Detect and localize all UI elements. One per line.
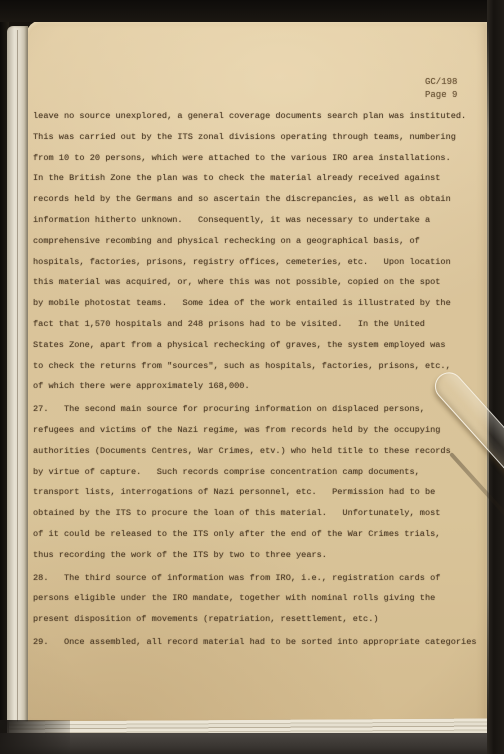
scanned-document-photo: GC/198Page 9 leave no source unexplored,…	[0, 0, 504, 754]
photo-background-bottom	[0, 733, 504, 754]
text-line: records held by the Germans and so ascer…	[33, 189, 485, 210]
text-line: This was carried out by the ITS zonal di…	[33, 127, 485, 148]
text-line: of which there were approximately 168,00…	[33, 376, 485, 397]
text-line: In the British Zone the plan was to chec…	[33, 168, 485, 189]
text-line: refugees and victims of the Nazi regime,…	[33, 420, 485, 441]
text-line: of it could be released to the ITS only …	[33, 524, 485, 545]
paragraph: 29. Once assembled, all record material …	[33, 632, 485, 653]
paragraph: 28. The third source of information was …	[33, 568, 485, 630]
paragraph: leave no source unexplored, a general co…	[33, 106, 485, 397]
text-line: to check the returns from "sources", suc…	[33, 356, 485, 377]
photo-background-right	[487, 0, 504, 754]
text-line: transport lists, interrogations of Nazi …	[33, 482, 485, 503]
text-line: States Zone, apart from a physical reche…	[33, 335, 485, 356]
doc-reference: GC/198	[425, 77, 457, 87]
text-line: fact that 1,570 hospitals and 248 prison…	[33, 314, 485, 335]
text-line: hospitals, factories, prisons, registry …	[33, 252, 485, 273]
text-line: information hitherto unknown. Consequent…	[33, 210, 485, 231]
photo-background-top	[0, 0, 504, 22]
bottom-left-shadow	[0, 720, 70, 754]
text-line: present disposition of movements (repatr…	[33, 609, 485, 630]
text-line: 27. The second main source for procuring…	[33, 399, 485, 420]
text-line: comprehensive recombing and physical rec…	[33, 231, 485, 252]
document-page: GC/198Page 9 leave no source unexplored,…	[26, 20, 488, 726]
page-right-edge-highlight	[487, 24, 489, 724]
text-line: from 10 to 20 persons, which were attach…	[33, 148, 485, 169]
page-edge-crease	[17, 30, 18, 736]
text-line: by mobile photostat teams. Some idea of …	[33, 293, 485, 314]
text-line: thus recording the work of the ITS by tw…	[33, 545, 485, 566]
text-line: leave no source unexplored, a general co…	[33, 106, 485, 127]
text-line: by virtue of capture. Such records compr…	[33, 462, 485, 483]
text-line: authorities (Documents Centres, War Crim…	[33, 441, 485, 462]
document-body: leave no source unexplored, a general co…	[33, 106, 485, 655]
doc-page-number: Page 9	[425, 90, 457, 100]
text-line: 29. Once assembled, all record material …	[33, 632, 485, 653]
text-line: obtained by the ITS to procure the loan …	[33, 503, 485, 524]
document-header: GC/198Page 9	[425, 76, 457, 102]
text-line: persons eligible under the IRO mandate, …	[33, 588, 485, 609]
paragraph: 27. The second main source for procuring…	[33, 399, 485, 565]
text-line: this material was acquired, or, where th…	[33, 272, 485, 293]
text-line: 28. The third source of information was …	[33, 568, 485, 589]
